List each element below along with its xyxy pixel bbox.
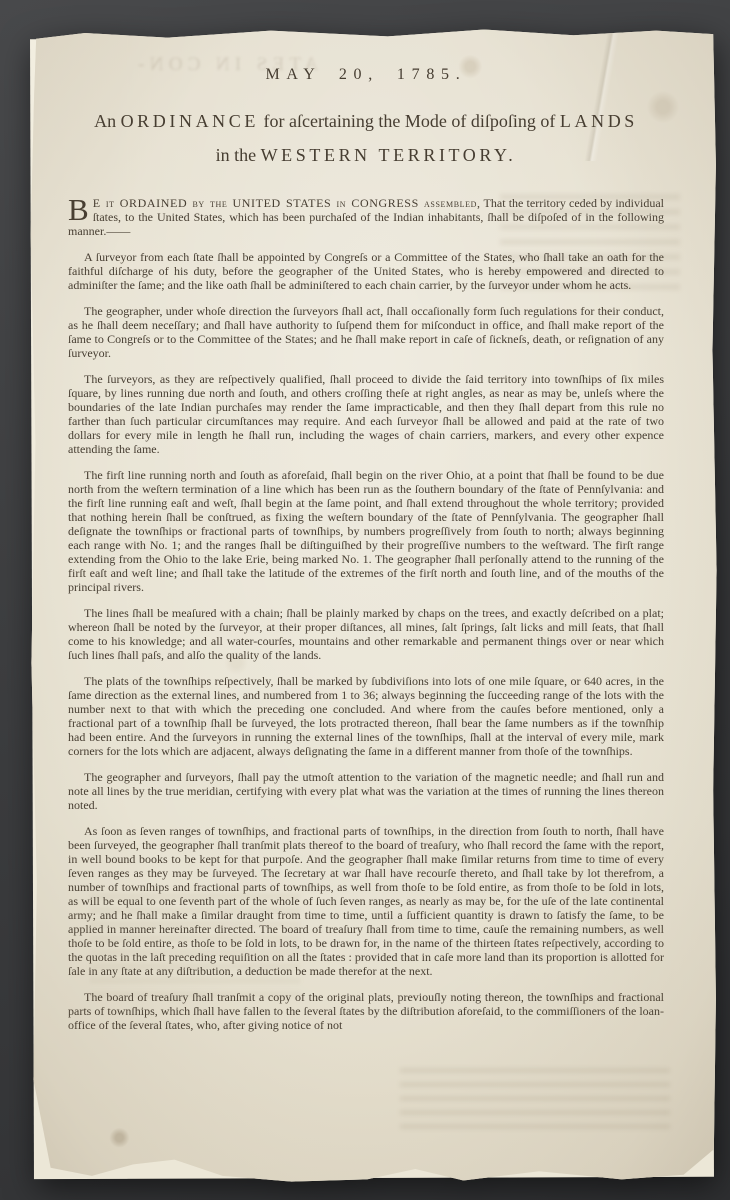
title-middle: for aſcertaining the Mode of diſpoſing o… <box>259 111 560 131</box>
text-column: MAY 20, 1785. An ORDINANCE for aſcertain… <box>68 26 664 1032</box>
document-title: An ORDINANCE for aſcertaining the Mode o… <box>68 104 664 172</box>
paragraph-geographer-direction: The geographer, under whoſe direction th… <box>68 304 664 360</box>
title-word-lands: LANDS <box>560 111 638 131</box>
paragraph-first-line-ohio: The firſt line running north and ſouth a… <box>68 468 664 594</box>
paragraph-lines-measured-chain: The lines ſhall be meaſured with a chain… <box>68 606 664 662</box>
show-through-smudge <box>400 1068 670 1134</box>
title-word-an: An <box>94 111 116 131</box>
enacting-clause: BE it ORDAINED by the UNITED STATES in C… <box>68 196 664 238</box>
enacting-smallcaps: E it ORDAINED by the UNITED STATES in CO… <box>93 196 481 210</box>
paragraph-seven-ranges-treasury: As ſoon as ſeven ranges of townſhips, an… <box>68 824 664 978</box>
photo-background: ATES IN CON- MAY 20, 1785. An ORDINANCE … <box>0 0 730 1200</box>
title-word-in-the: in the <box>216 145 257 165</box>
paper-wrapper: ATES IN CON- MAY 20, 1785. An ORDINANCE … <box>30 26 718 1184</box>
dateline: MAY 20, 1785. <box>68 66 664 84</box>
paragraph-townships-division: The ſurveyors, as they are reſpectively … <box>68 372 664 456</box>
paragraph-plats-subdivisions: The plats of the townſhips reſpectively,… <box>68 674 664 758</box>
drop-cap: B <box>68 196 93 223</box>
paragraph-magnetic-needle: The geographer and ſurveyors, ſhall pay … <box>68 770 664 812</box>
paragraph-surveyor-appointment: A ſurveyor from each ſtate ſhall be appo… <box>68 250 664 292</box>
title-word-western-territory: WESTERN TERRITORY. <box>261 145 517 165</box>
title-word-ordinance: ORDINANCE <box>121 111 259 131</box>
broadside-page: ATES IN CON- MAY 20, 1785. An ORDINANCE … <box>30 26 718 1184</box>
paragraph-copy-of-plats: The board of treaſury ſhall tranſmit a c… <box>68 990 664 1032</box>
